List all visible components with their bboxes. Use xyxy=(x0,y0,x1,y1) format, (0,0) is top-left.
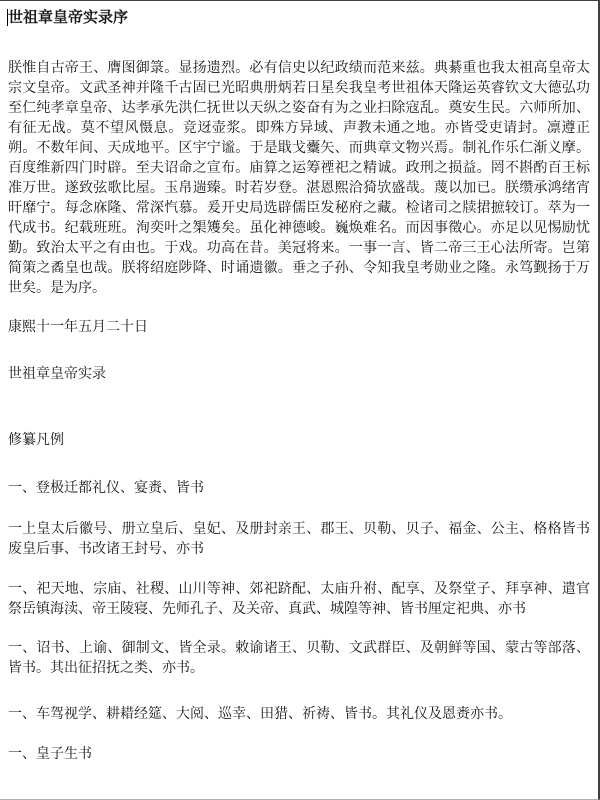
fanli-item: 一、皇子生书 xyxy=(8,743,590,763)
document-editor[interactable]: 世祖章皇帝实录序 朕惟自古帝王、膺图御箓。显扬遗烈。必有信史以纪政绩而范来兹。典… xyxy=(0,0,600,800)
fanli-item: 一、登极迁都礼仪、宴赉、皆书 xyxy=(8,477,590,497)
fanli-item: 一、祀天地、宗庙、社稷、山川等神、郊祀跻配、太庙升祔、配享、及祭堂子、拜享神、遣… xyxy=(8,578,590,618)
document-title: 世祖章皇帝实录序 xyxy=(8,8,590,28)
fanli-item: 一、车驾视学、耕耤经筵、大阅、巡幸、田猎、祈祷、皆书。其礼仪及恩赉亦书。 xyxy=(8,703,590,723)
record-title: 世祖章皇帝实录 xyxy=(8,363,590,383)
date-line: 康熙十一年五月二十日 xyxy=(8,316,590,336)
text-cursor xyxy=(7,9,8,26)
fanli-item: 一上皇太后徽号、册立皇后、皇妃、及册封亲王、郡王、贝勒、贝子、福金、公主、格格皆… xyxy=(8,518,590,558)
fanli-item: 一、诏书、上谕、御制文、皆全录。敕谕诸王、贝勒、文武群臣、及朝鲜等国、蒙古等部落… xyxy=(8,637,590,677)
preface-paragraph: 朕惟自古帝王、膺图御箓。显扬遗烈。必有信史以纪政绩而范来兹。典綦重也我太祖高皇帝… xyxy=(8,57,590,297)
fanli-heading: 修纂凡例 xyxy=(8,429,590,449)
